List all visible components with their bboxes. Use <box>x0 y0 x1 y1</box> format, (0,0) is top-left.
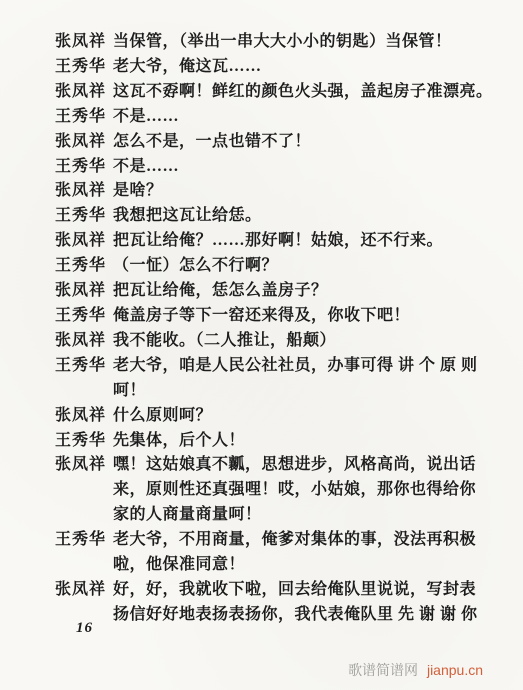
dialogue-list: 张凤祥 当保管，（举出一串大大小小的钥匙）当保管！ 王秀华 老大爷，俺这瓦…… … <box>0 30 523 628</box>
dialogue-line: 我不能收。（二人推让，船颠） <box>113 329 523 354</box>
speaker-name: 王秀华 <box>55 105 113 130</box>
dialogue-entry: 张凤祥 什么原则呵？ <box>0 404 523 429</box>
dialogue-entry: 张凤祥 是啥？ <box>0 179 523 204</box>
dialogue-line: 把瓦让给俺，恁怎么盖房子？ <box>113 279 523 304</box>
dialogue-line: 老大爷，不用商量，俺爹对集体的事，没法再积极 <box>113 528 523 553</box>
dialogue-entry: 张凤祥 把瓦让给俺，恁怎么盖房子？ <box>0 279 523 304</box>
speaker-name: 王秀华 <box>55 55 113 80</box>
speaker-name: 张凤祥 <box>55 404 113 429</box>
dialogue-entry: 王秀华 不是…… <box>0 155 523 180</box>
speaker-name: 张凤祥 <box>55 30 113 55</box>
speech-lines: 不是…… <box>113 105 523 130</box>
speech-lines: 嘿！这姑娘真不瓤，思想进步，风格高尚，说出话来，原则性还真强哩！哎，小姑娘，那你… <box>113 453 523 528</box>
page-number: 16 <box>76 620 93 637</box>
dialogue-line: 老大爷，俺这瓦…… <box>113 55 523 80</box>
dialogue-entry: 王秀华 老大爷，俺这瓦…… <box>0 55 523 80</box>
dialogue-line: 家的人商量商量呵！ <box>113 503 523 528</box>
speaker-name: 王秀华 <box>55 429 113 454</box>
speech-lines: 好，好，我就收下啦，回去给俺队里说说，写封表扬信好好地表扬表扬你，我代表俺队里 … <box>113 578 523 628</box>
speech-lines: （一怔）怎么不行啊？ <box>113 254 523 279</box>
dialogue-line: 嘿！这姑娘真不瓤，思想进步，风格高尚，说出话 <box>113 453 523 478</box>
speech-lines: 是啥？ <box>113 179 523 204</box>
dialogue-line: 好，好，我就收下啦，回去给俺队里说说，写封表 <box>113 578 523 603</box>
speech-lines: 我不能收。（二人推让，船颠） <box>113 329 523 354</box>
speaker-name: 王秀华 <box>55 254 113 279</box>
dialogue-entry: 王秀华 俺盖房子等下一窑还来得及，你收下吧！ <box>0 304 523 329</box>
speaker-name: 王秀华 <box>55 528 113 553</box>
dialogue-line: 当保管，（举出一串大大小小的钥匙）当保管！ <box>113 30 523 55</box>
speaker-name: 张凤祥 <box>55 279 113 304</box>
speech-lines: 把瓦让给俺？……那好啊！姑娘，还不行来。 <box>113 229 523 254</box>
speech-lines: 当保管，（举出一串大大小小的钥匙）当保管！ <box>113 30 523 55</box>
speech-lines: 我想把这瓦让给恁。 <box>113 204 523 229</box>
dialogue-line: 扬信好好地表扬表扬你，我代表俺队里 先 谢 谢 你 <box>113 603 523 628</box>
speaker-name: 张凤祥 <box>55 329 113 354</box>
speaker-name: 王秀华 <box>55 204 113 229</box>
dialogue-line: 不是…… <box>113 155 523 180</box>
speech-lines: 怎么不是，一点也错不了！ <box>113 130 523 155</box>
dialogue-line: 啦，他保准同意！ <box>113 553 523 578</box>
dialogue-entry: 王秀华 老大爷，咱是人民公社社员，办事可得 讲 个 原 则呵！ <box>0 354 523 404</box>
dialogue-entry: 张凤祥 当保管，（举出一串大大小小的钥匙）当保管！ <box>0 30 523 55</box>
watermark-site-name: 歌谱简谱网 <box>348 662 418 678</box>
dialogue-line: 先集体，后个人！ <box>113 429 523 454</box>
dialogue-line: 这瓦不孬啊！鲜红的颜色火头强，盖起房子准漂亮。 <box>113 80 523 105</box>
speaker-name: 王秀华 <box>55 354 113 379</box>
speaker-name: 王秀华 <box>55 155 113 180</box>
dialogue-entry: 张凤祥 怎么不是，一点也错不了！ <box>0 130 523 155</box>
speaker-name: 张凤祥 <box>55 453 113 478</box>
speech-lines: 老大爷，俺这瓦…… <box>113 55 523 80</box>
dialogue-line: 呵！ <box>113 379 523 404</box>
dialogue-entry: 王秀华 （一怔）怎么不行啊？ <box>0 254 523 279</box>
speech-lines: 把瓦让给俺，恁怎么盖房子？ <box>113 279 523 304</box>
dialogue-line: 老大爷，咱是人民公社社员，办事可得 讲 个 原 则 <box>113 354 523 379</box>
dialogue-line: 来，原则性还真强哩！哎，小姑娘，那你也得给你 <box>113 478 523 503</box>
dialogue-line: （一怔）怎么不行啊？ <box>113 254 523 279</box>
speaker-name: 张凤祥 <box>55 578 113 603</box>
watermark: 歌谱简谱网 jianpu.cn <box>348 660 483 680</box>
speaker-name: 张凤祥 <box>55 229 113 254</box>
dialogue-entry: 张凤祥 我不能收。（二人推让，船颠） <box>0 329 523 354</box>
script-page: 张凤祥 当保管，（举出一串大大小小的钥匙）当保管！ 王秀华 老大爷，俺这瓦…… … <box>0 0 523 690</box>
dialogue-entry: 张凤祥 这瓦不孬啊！鲜红的颜色火头强，盖起房子准漂亮。 <box>0 80 523 105</box>
dialogue-entry: 王秀华 不是…… <box>0 105 523 130</box>
speech-lines: 先集体，后个人！ <box>113 429 523 454</box>
speaker-name: 张凤祥 <box>55 130 113 155</box>
speech-lines: 这瓦不孬啊！鲜红的颜色火头强，盖起房子准漂亮。 <box>113 80 523 105</box>
speech-lines: 不是…… <box>113 155 523 180</box>
speaker-name: 张凤祥 <box>55 179 113 204</box>
dialogue-entry: 王秀华 先集体，后个人！ <box>0 429 523 454</box>
dialogue-line: 什么原则呵？ <box>113 404 523 429</box>
dialogue-line: 我想把这瓦让给恁。 <box>113 204 523 229</box>
dialogue-entry: 张凤祥 把瓦让给俺？……那好啊！姑娘，还不行来。 <box>0 229 523 254</box>
dialogue-entry: 王秀华 我想把这瓦让给恁。 <box>0 204 523 229</box>
dialogue-entry: 王秀华 老大爷，不用商量，俺爹对集体的事，没法再积极啦，他保准同意！ <box>0 528 523 578</box>
dialogue-line: 怎么不是，一点也错不了！ <box>113 130 523 155</box>
dialogue-line: 是啥？ <box>113 179 523 204</box>
watermark-site-url: jianpu.cn <box>427 662 483 678</box>
dialogue-line: 俺盖房子等下一窑还来得及，你收下吧！ <box>113 304 523 329</box>
speech-lines: 什么原则呵？ <box>113 404 523 429</box>
speech-lines: 老大爷，咱是人民公社社员，办事可得 讲 个 原 则呵！ <box>113 354 523 404</box>
speaker-name: 王秀华 <box>55 304 113 329</box>
speaker-name: 张凤祥 <box>55 80 113 105</box>
speech-lines: 老大爷，不用商量，俺爹对集体的事，没法再积极啦，他保准同意！ <box>113 528 523 578</box>
speech-lines: 俺盖房子等下一窑还来得及，你收下吧！ <box>113 304 523 329</box>
dialogue-line: 把瓦让给俺？……那好啊！姑娘，还不行来。 <box>113 229 523 254</box>
dialogue-line: 不是…… <box>113 105 523 130</box>
dialogue-entry: 张凤祥 嘿！这姑娘真不瓤，思想进步，风格高尚，说出话来，原则性还真强哩！哎，小姑… <box>0 453 523 528</box>
